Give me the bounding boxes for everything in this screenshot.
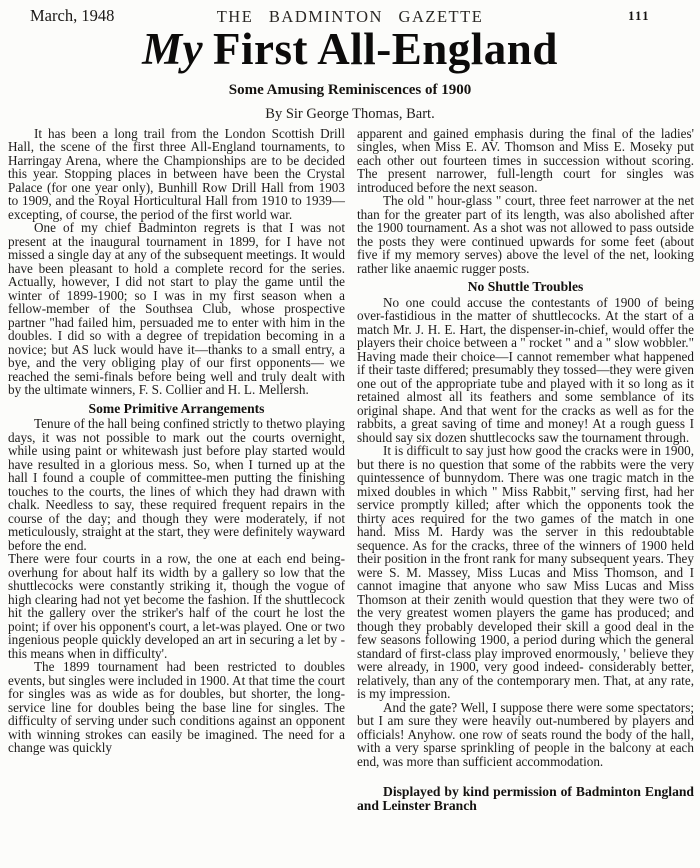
article-byline: By Sir George Thomas, Bart. bbox=[0, 106, 700, 123]
article-body: It has been a long trail from the London… bbox=[0, 123, 700, 813]
article-title-italic: My bbox=[142, 24, 203, 74]
issue-date: March, 1948 bbox=[30, 6, 114, 26]
article-title-rest: First All-England bbox=[213, 24, 558, 74]
paragraph: The old " hour-glass " court, three feet… bbox=[357, 194, 694, 275]
article-subtitle: Some Amusing Reminiscences of 1900 bbox=[0, 82, 700, 99]
left-column: It has been a long trail from the London… bbox=[8, 127, 345, 813]
right-column: apparent and gained emphasis during the … bbox=[357, 127, 694, 813]
paragraph: Tenure of the hall being confined strict… bbox=[8, 417, 345, 552]
paragraph: No one could accuse the contestants of 1… bbox=[357, 296, 694, 445]
masthead: March, 1948 THE BADMINTON GAZETTE 111 bbox=[0, 0, 700, 24]
section-heading: No Shuttle Troubles bbox=[357, 280, 694, 294]
paragraph: It is difficult to say just how good the… bbox=[357, 444, 694, 701]
paragraph: There were four courts in a row, the one… bbox=[8, 552, 345, 660]
paragraph: And the gate? Well, I suppose there were… bbox=[357, 701, 694, 769]
paragraph: The 1899 tournament had been restricted … bbox=[8, 660, 345, 755]
paragraph: It has been a long trail from the London… bbox=[8, 127, 345, 222]
page-number: 111 bbox=[628, 9, 650, 24]
gazette-page: March, 1948 THE BADMINTON GAZETTE 111 My… bbox=[0, 0, 700, 868]
closing-credit: Displayed by kind permission of Badminto… bbox=[357, 785, 694, 812]
paragraph: One of my chief Badminton regrets is tha… bbox=[8, 221, 345, 397]
paragraph: apparent and gained emphasis during the … bbox=[357, 127, 694, 195]
section-heading: Some Primitive Arrangements bbox=[8, 402, 345, 416]
article-title: MyFirst All-England bbox=[0, 27, 700, 73]
